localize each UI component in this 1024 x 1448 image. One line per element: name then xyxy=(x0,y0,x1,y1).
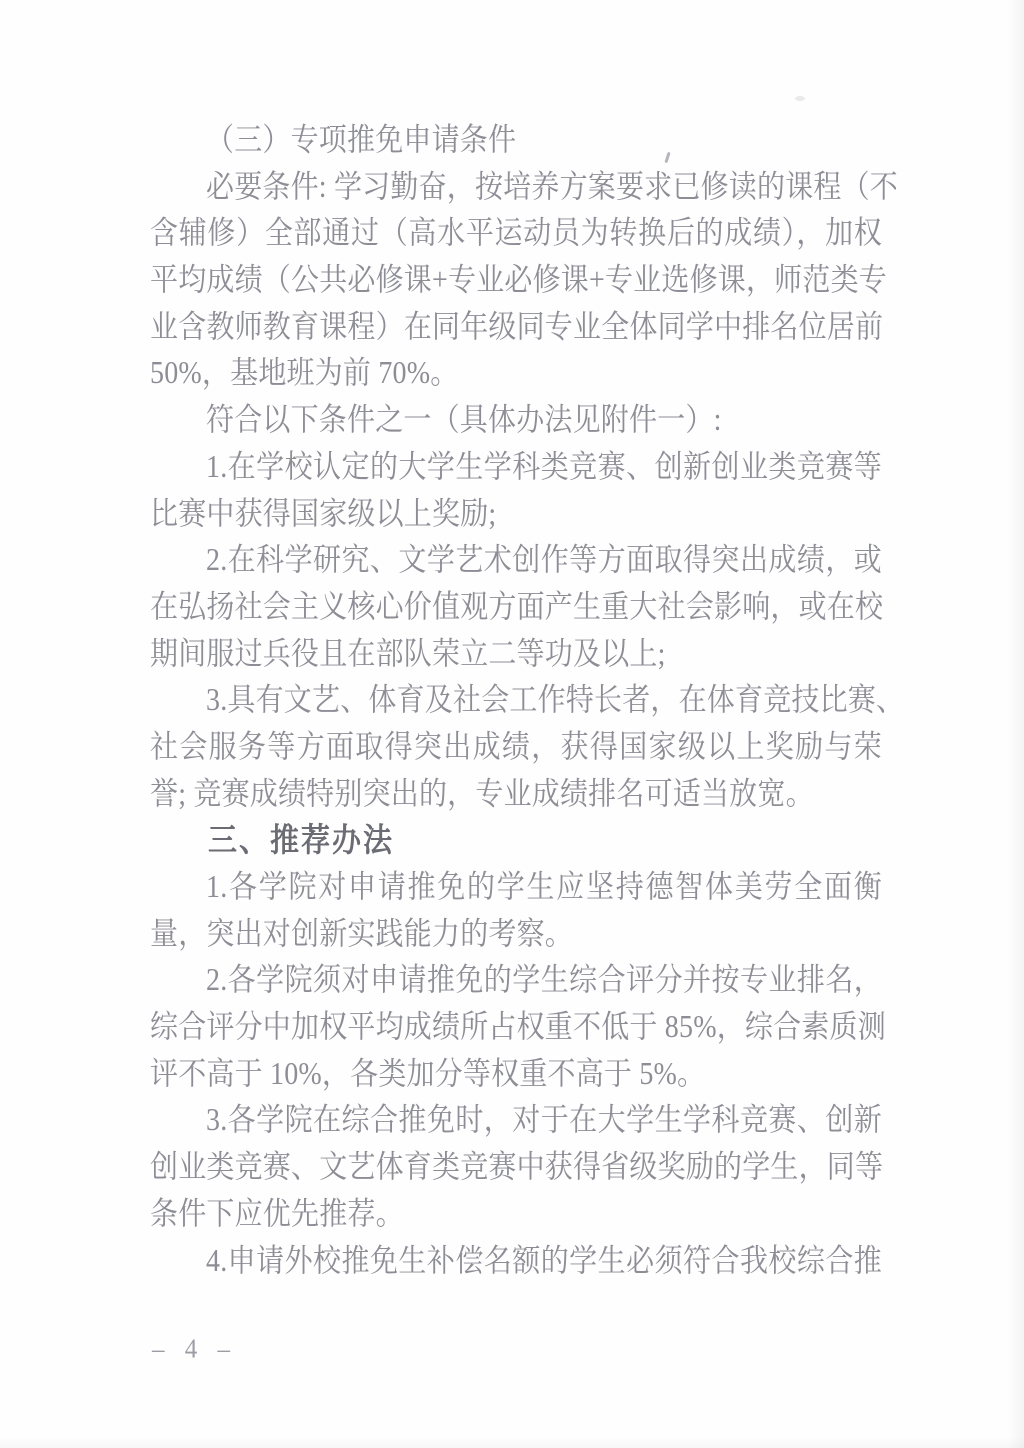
document-line: 必要条件: 学习勤奋，按培养方案要求已修读的课程（不 xyxy=(150,162,882,214)
document-line: 3.具有文艺、体育及社会工作特长者，在体育竞技比赛、 xyxy=(150,675,882,727)
document-line: 条件下应优先推荐。 xyxy=(150,1189,882,1241)
scanned-document-page: （三）专项推免申请条件必要条件: 学习勤奋，按培养方案要求已修读的课程（不含辅修… xyxy=(0,0,1024,1448)
document-line: 社会服务等方面取得突出成绩，获得国家级以上奖励与荣 xyxy=(150,722,882,774)
document-line: 4.申请外校推免生补偿名额的学生必须符合我校综合推 xyxy=(150,1236,882,1288)
scan-edge-shadow-bottom xyxy=(0,1436,1024,1448)
page-number: – 4 – xyxy=(152,1335,237,1365)
scan-edge-shadow-right xyxy=(1008,0,1024,1448)
document-line: 创业类竞赛、文艺体育类竞赛中获得省级奖励的学生，同等 xyxy=(150,1142,882,1194)
document-line: 誉; 竞赛成绩特别突出的，专业成绩排名可适当放宽。 xyxy=(150,769,882,821)
document-line: 1.在学校认定的大学生学科类竞赛、创新创业类竞赛等 xyxy=(150,442,882,494)
document-line: 符合以下条件之一（具体办法见附件一）: xyxy=(150,395,882,447)
document-line: 评不高于 10%，各类加分等权重不高于 5%。 xyxy=(150,1049,882,1101)
document-line: 50%，基地班为前 70%。 xyxy=(150,349,882,401)
document-line: 平均成绩（公共必修课+专业必修课+专业选修课，师范类专 xyxy=(150,255,882,307)
document-line: 3.各学院在综合推免时，对于在大学生学科竞赛、创新 xyxy=(150,1096,882,1148)
document-line: 量，突出对创新实践能力的考察。 xyxy=(150,909,882,961)
section-heading: 三、推荐办法 xyxy=(150,816,882,868)
document-line: 期间服过兵役且在部队荣立二等功及以上; xyxy=(150,629,882,681)
document-line: 业含教师教育课程）在同年级同专业全体同学中排名位居前 xyxy=(150,302,882,354)
document-body: （三）专项推免申请条件必要条件: 学习勤奋，按培养方案要求已修读的课程（不含辅修… xyxy=(150,118,882,1285)
document-line: 比赛中获得国家级以上奖励; xyxy=(150,489,882,541)
subsection-heading: （三）专项推免申请条件 xyxy=(150,115,882,167)
document-line: 含辅修）全部通过（高水平运动员为转换后的成绩），加权 xyxy=(150,209,882,261)
document-line: 综合评分中加权平均成绩所占权重不低于 85%，综合素质测 xyxy=(150,1002,882,1054)
document-line: 2.各学院须对申请推免的学生综合评分并按专业排名， xyxy=(150,956,882,1008)
document-line: 在弘扬社会主义核心价值观方面产生重大社会影响，或在校 xyxy=(150,582,882,634)
document-line: 2.在科学研究、文学艺术创作等方面取得突出成绩，或 xyxy=(150,535,882,587)
scan-artifact-smudge xyxy=(795,96,805,101)
document-line: 1.各学院对申请推免的学生应坚持德智体美劳全面衡 xyxy=(150,862,882,914)
